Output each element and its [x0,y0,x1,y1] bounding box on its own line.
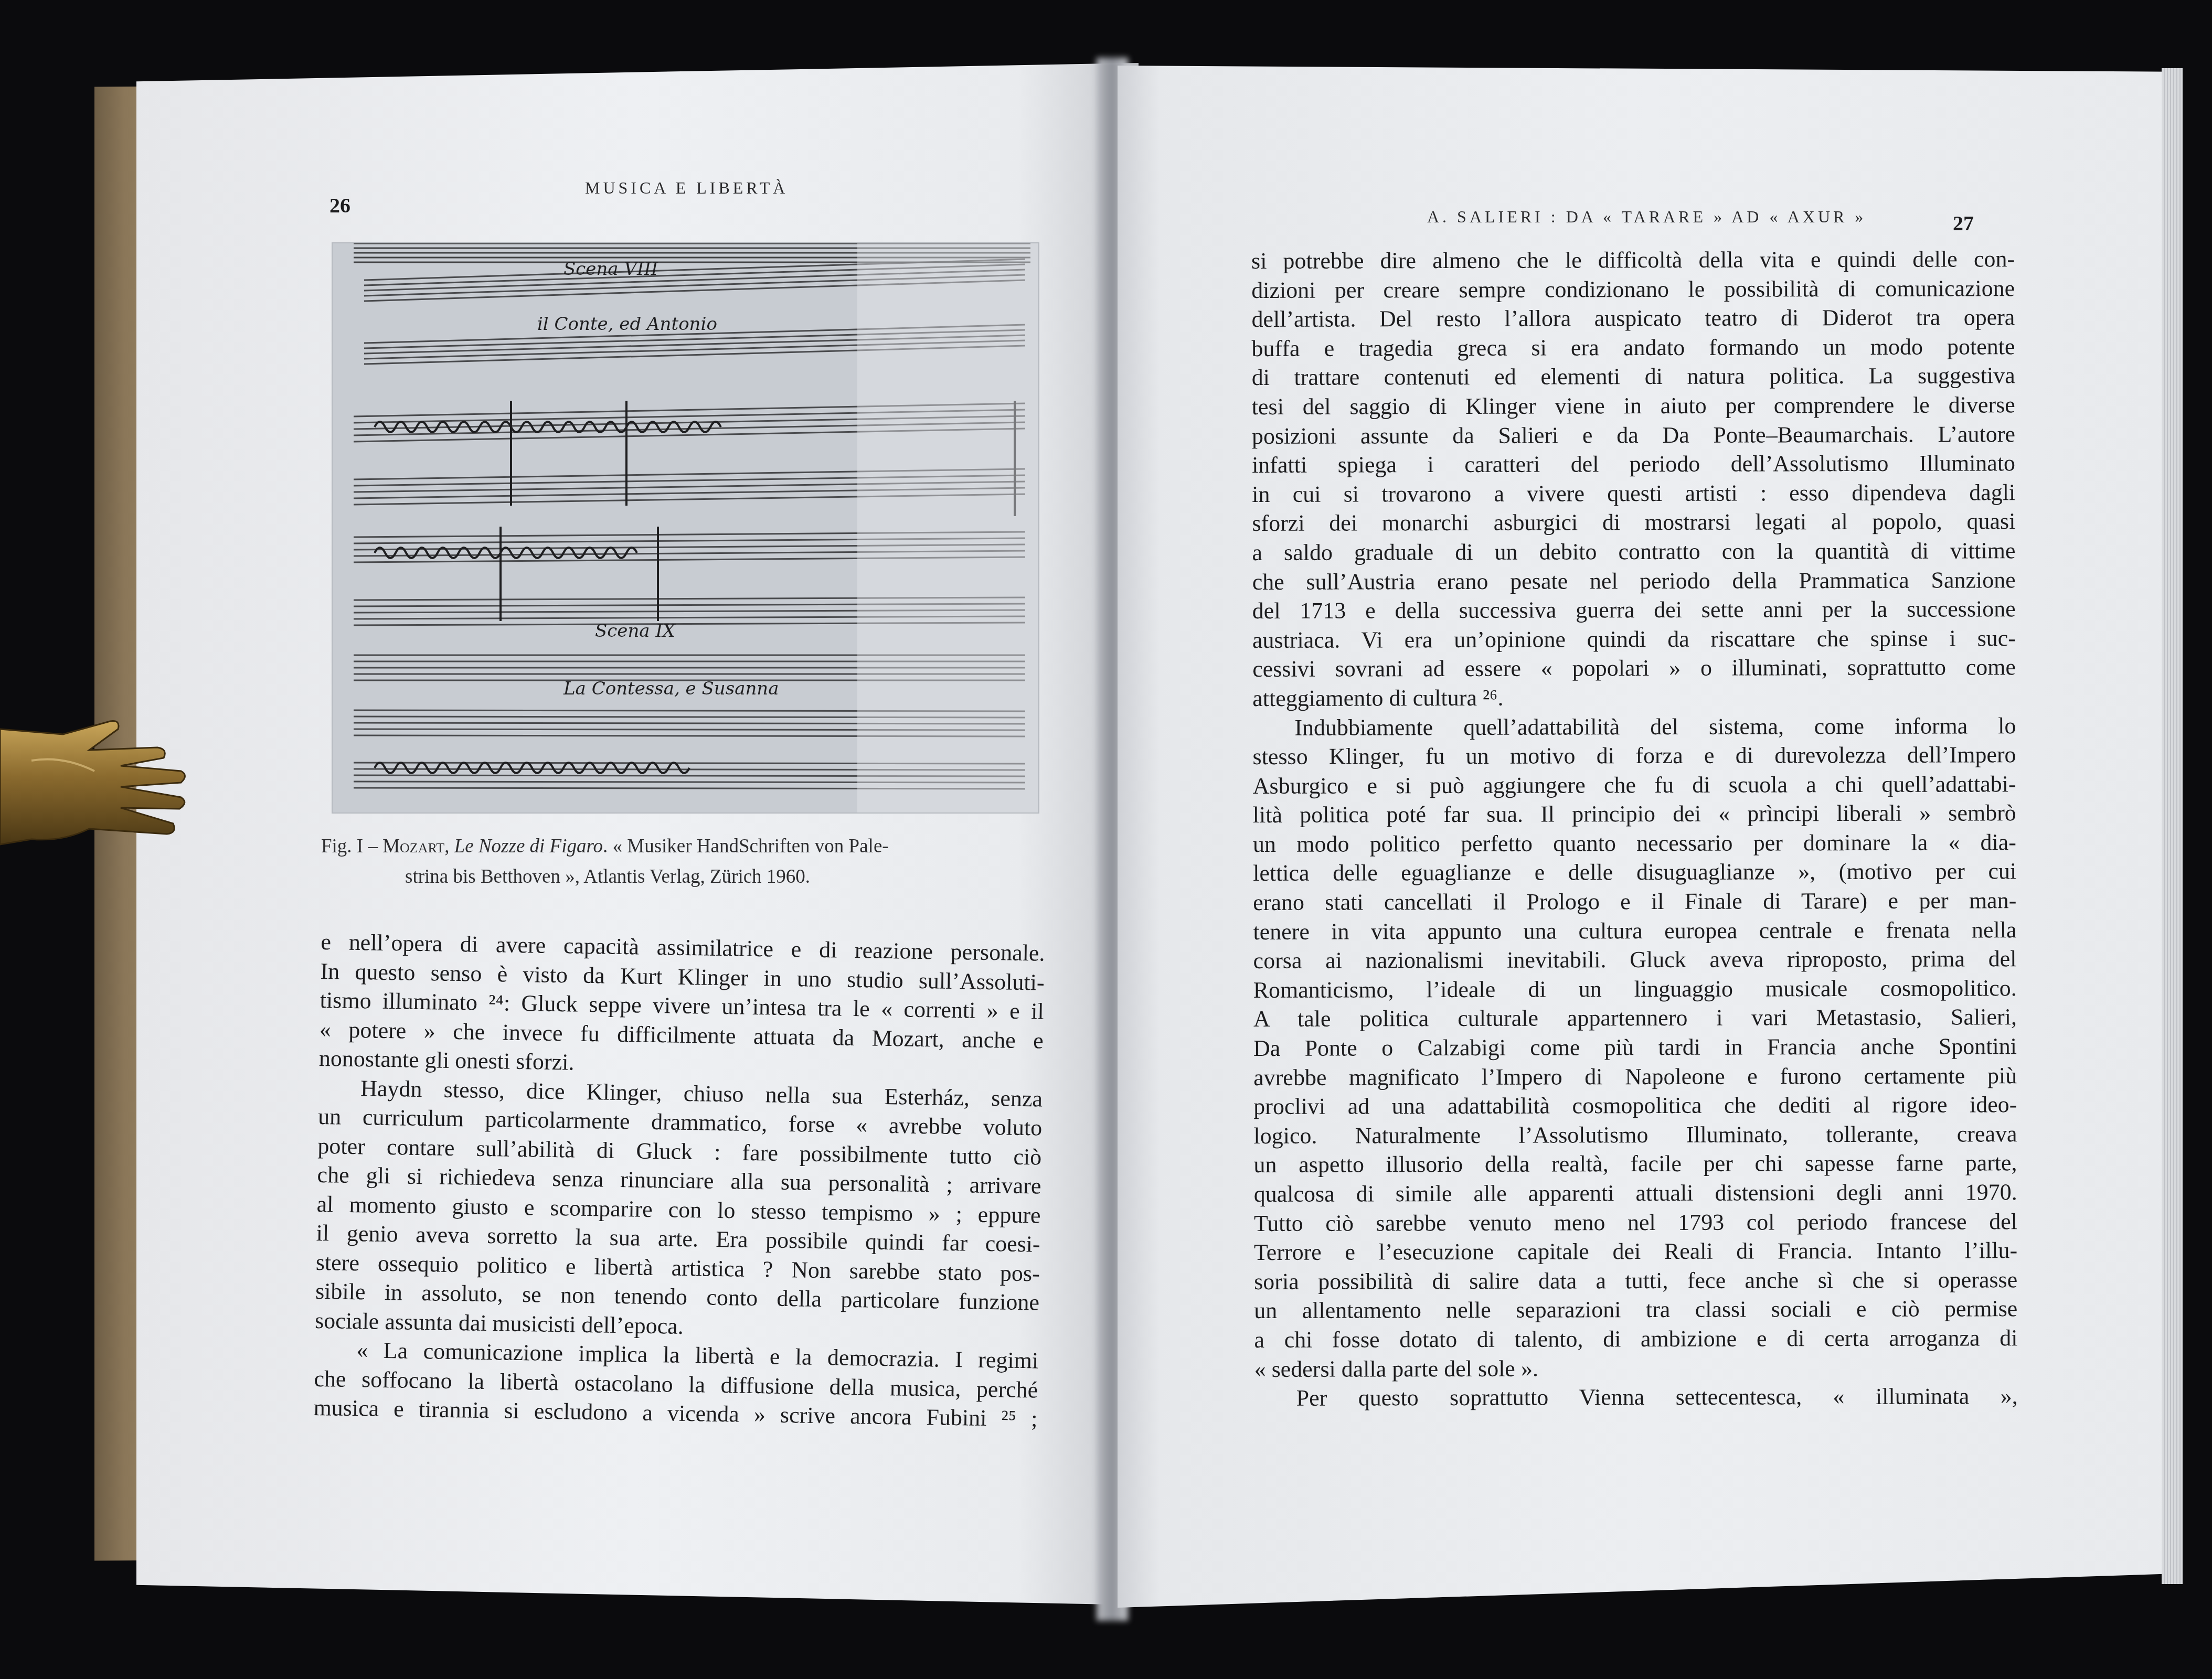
text-line: Tutto ciò sarebbe venuto meno nel 1793 c… [1254,1207,2017,1238]
svg-text:La Contessa, e Susanna: La Contessa, e Susanna [563,678,779,699]
svg-text:il Conte, ed Antonio: il Conte, ed Antonio [537,314,717,335]
text-line: soria possibilità di salire data a tutti… [1254,1265,2017,1296]
text-line: a chi fosse dotato di talento, di ambizi… [1254,1323,2017,1354]
text-line: del 1713 e della successiva guerra dei s… [1252,594,2016,625]
text-line: dell’artista. Del resto l’allora auspica… [1251,303,2015,334]
text-line: cessivi sovrani ad essere « popolari » o… [1252,653,2016,684]
text-line: Per questo soprattutto Vienna settecente… [1254,1382,2018,1413]
score-image: Scena VIII il Conte, ed Antonio Scena IX… [333,243,1038,812]
text-line: in cui si trovarono a vivere questi arti… [1252,478,2015,509]
text-line: lettica delle eguaglianze e delle disugu… [1253,857,2016,888]
svg-text:Scena IX: Scena IX [595,621,676,641]
text-line: a saldo graduale di un debito contratto … [1252,536,2015,567]
text-line: buffa e tragedia greca si era andato for… [1251,332,2015,363]
figure-caption: Fig. I – Mozart, Le Nozze di Figaro. « M… [321,831,1053,892]
text-line: corsa ai nazionalismi inevitabili. Gluck… [1253,944,2016,975]
left-running-head: MUSICA E LIBERTÀ [585,178,788,198]
text-line: infatti spiega i caratteri del periodo d… [1252,448,2015,479]
left-body-text: e nell’opera di avere capacità assimilat… [313,927,1045,1434]
text-line: Indubbiamente quell’adattabilità del sis… [1252,711,2016,742]
text-line: Romanticismo, l’ideale di un linguaggio … [1253,974,2017,1004]
text-line: proclivi ad una adattabilità cosmopoliti… [1253,1090,2017,1121]
text-line: tesi del saggio di Klinger viene in aiut… [1252,390,2015,421]
right-page-number: 27 [1953,211,1974,236]
text-line: un aspetto illusorio della realtà, facil… [1254,1149,2017,1180]
text-line: dizioni per creare sempre condizionano l… [1251,274,2015,305]
text-line: un allentamento nelle separazioni tra cl… [1254,1295,2017,1325]
text-line: posizioni assunte da Salieri e da Da Pon… [1252,420,2015,451]
text-line: qualcosa di simile alle apparenti attual… [1254,1178,2017,1209]
right-body-text: si potrebbe dire almeno che le difficolt… [1251,244,2018,1413]
text-line: sforzi dei monarchi asburgici di mostrar… [1252,507,2015,538]
text-line: lità politica poté far sua. Il principio… [1253,798,2016,829]
scene-label: Scena VIII [563,259,658,280]
caption-work-title: Le Nozze di Figaro [454,836,603,857]
right-running-head: A. SALIERI : DA « TARARE » AD « AXUR » [1427,207,1866,227]
text-line: « sedersi dalla parte del sole ». [1254,1353,2018,1384]
text-line: si potrebbe dire almeno che le difficolt… [1251,244,2015,275]
text-line: un modo politico perfetto quanto necessa… [1253,828,2016,859]
text-line: di trattare contenuti ed elementi di nat… [1252,361,2015,392]
text-line: austriaca. Vi era un’opinione quindi da … [1252,624,2016,655]
text-line: stesso Klinger, fu un motivo di forza e … [1252,740,2016,771]
brass-hand-page-holder-icon [0,698,199,855]
caption-author: Mozart [382,836,444,857]
text-line: A tale politica culturale appartennero i… [1253,1003,2017,1034]
manuscript-figure: Scena VIII il Conte, ed Antonio Scena IX… [332,242,1039,814]
text-line: Asburgico e si può aggiungere che fu di … [1253,769,2016,800]
page-edge-stack [2162,68,2183,1584]
text-line: erano stati cancellati il Prologo e il F… [1253,886,2016,917]
text-line: logico. Naturalmente l’Assolutismo Illum… [1253,1119,2017,1150]
text-line: Terrore e l’esecuzione capitale dei Real… [1254,1236,2017,1267]
text-line: atteggiamento di cultura ²⁶. [1252,682,2016,713]
left-page-number: 26 [329,193,350,218]
text-line: avrebbe magnificato l’Impero di Napoleon… [1253,1061,2017,1092]
text-line: Da Ponte o Calzabigi come più tardi in F… [1253,1032,2017,1063]
text-line: che sull’Austria erano pesate nel period… [1252,565,2016,596]
text-line: tenere in vita appunto una cultura europ… [1253,915,2016,946]
